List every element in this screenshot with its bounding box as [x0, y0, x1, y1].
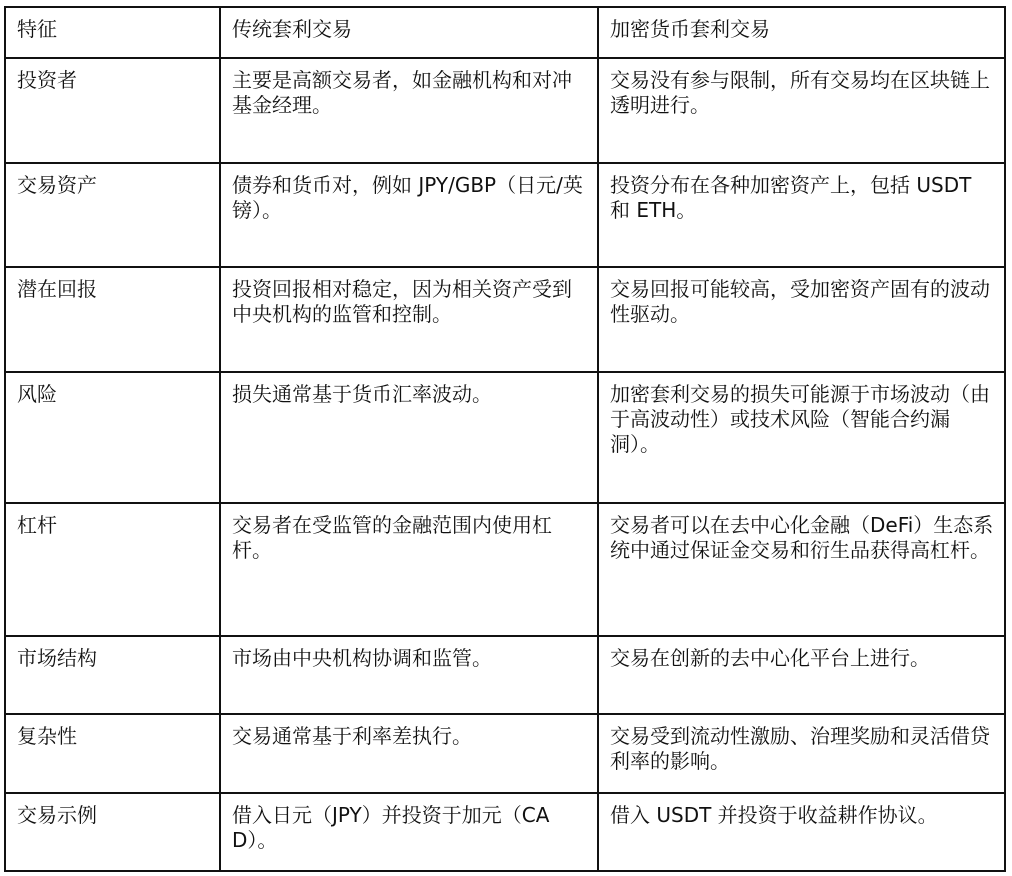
feature-cell: 交易资产 [5, 163, 220, 267]
header-row: 特征 传统套利交易 加密货币套利交易 [5, 7, 1005, 58]
table-row: 交易资产 债券和货币对，例如 JPY/GBP（日元/英镑）。 投资分布在各种加密… [5, 163, 1005, 267]
feature-cell: 交易示例 [5, 793, 220, 871]
traditional-cell: 借入日元（JPY）并投资于加元（CAD）。 [220, 793, 598, 871]
feature-cell: 复杂性 [5, 714, 220, 793]
crypto-cell: 交易回报可能较高，受加密资产固有的波动性驱动。 [598, 267, 1005, 372]
traditional-cell: 交易者在受监管的金融范围内使用杠杆。 [220, 503, 598, 636]
feature-cell: 市场结构 [5, 636, 220, 714]
crypto-cell: 交易在创新的去中心化平台上进行。 [598, 636, 1005, 714]
table-row: 杠杆 交易者在受监管的金融范围内使用杠杆。 交易者可以在去中心化金融（DeFi）… [5, 503, 1005, 636]
feature-cell: 风险 [5, 372, 220, 503]
traditional-cell: 主要是高额交易者，如金融机构和对冲基金经理。 [220, 58, 598, 163]
table-row: 交易示例 借入日元（JPY）并投资于加元（CAD）。 借入 USDT 并投资于收… [5, 793, 1005, 871]
carry-trade-comparison-table: 特征 传统套利交易 加密货币套利交易 投资者 主要是高额交易者，如金融机构和对冲… [4, 6, 1006, 872]
traditional-cell: 债券和货币对，例如 JPY/GBP（日元/英镑）。 [220, 163, 598, 267]
feature-cell: 投资者 [5, 58, 220, 163]
crypto-cell: 加密套利交易的损失可能源于市场波动（由于高波动性）或技术风险（智能合约漏洞）。 [598, 372, 1005, 503]
feature-cell: 潜在回报 [5, 267, 220, 372]
traditional-cell: 市场由中央机构协调和监管。 [220, 636, 598, 714]
table-row: 投资者 主要是高额交易者，如金融机构和对冲基金经理。 交易没有参与限制，所有交易… [5, 58, 1005, 163]
comparison-table-container: 特征 传统套利交易 加密货币套利交易 投资者 主要是高额交易者，如金融机构和对冲… [4, 6, 1004, 872]
feature-cell: 杠杆 [5, 503, 220, 636]
traditional-cell: 损失通常基于货币汇率波动。 [220, 372, 598, 503]
crypto-cell: 借入 USDT 并投资于收益耕作协议。 [598, 793, 1005, 871]
header-crypto-carry-trade: 加密货币套利交易 [598, 7, 1005, 58]
traditional-cell: 投资回报相对稳定，因为相关资产受到中央机构的监管和控制。 [220, 267, 598, 372]
table-row: 复杂性 交易通常基于利率差执行。 交易受到流动性激励、治理奖励和灵活借贷利率的影… [5, 714, 1005, 793]
crypto-cell: 交易受到流动性激励、治理奖励和灵活借贷利率的影响。 [598, 714, 1005, 793]
header-feature: 特征 [5, 7, 220, 58]
crypto-cell: 交易者可以在去中心化金融（DeFi）生态系统中通过保证金交易和衍生品获得高杠杆。 [598, 503, 1005, 636]
table-row: 市场结构 市场由中央机构协调和监管。 交易在创新的去中心化平台上进行。 [5, 636, 1005, 714]
crypto-cell: 交易没有参与限制，所有交易均在区块链上透明进行。 [598, 58, 1005, 163]
table-row: 风险 损失通常基于货币汇率波动。 加密套利交易的损失可能源于市场波动（由于高波动… [5, 372, 1005, 503]
traditional-cell: 交易通常基于利率差执行。 [220, 714, 598, 793]
table-row: 潜在回报 投资回报相对稳定，因为相关资产受到中央机构的监管和控制。 交易回报可能… [5, 267, 1005, 372]
crypto-cell: 投资分布在各种加密资产上，包括 USDT 和 ETH。 [598, 163, 1005, 267]
header-traditional-carry-trade: 传统套利交易 [220, 7, 598, 58]
